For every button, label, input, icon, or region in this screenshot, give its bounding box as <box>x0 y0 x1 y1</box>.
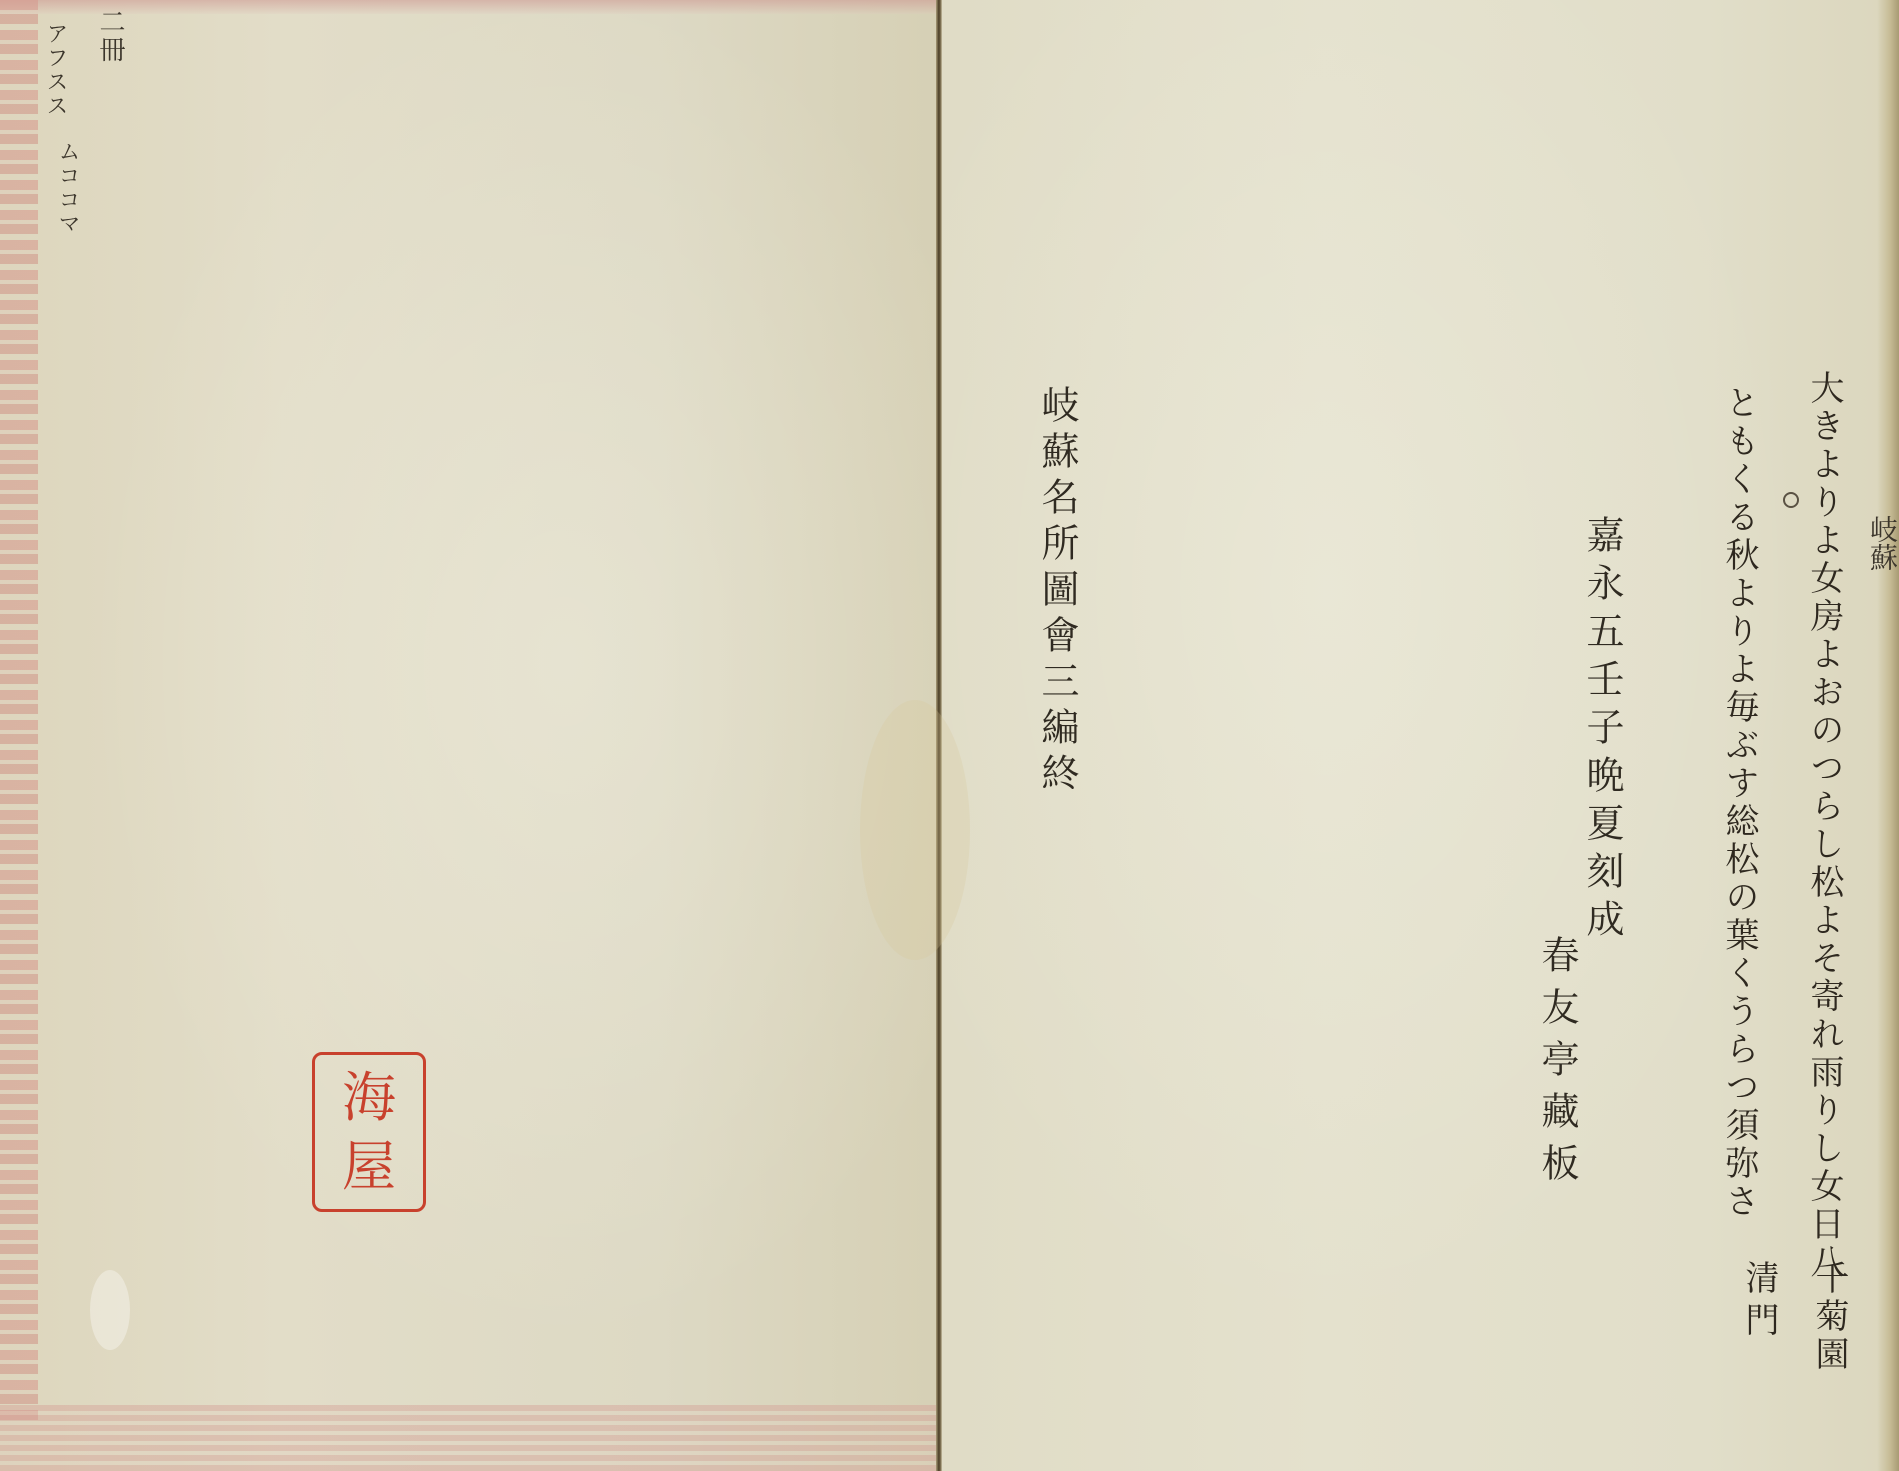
circle-mark-icon <box>1783 492 1799 508</box>
pink-bottom-edge <box>0 1405 936 1471</box>
poem-text: 大きよりよ女房よおのつらし松よそ寄れ雨りし女日八 <box>1800 370 1849 1282</box>
volume-note: 二冊 <box>92 8 129 64</box>
paper-stain <box>860 700 970 960</box>
left-page: 二冊 アフスス ムココマ 海 屋 <box>0 0 940 1471</box>
poet-name: 清門 <box>1735 1260 1784 1344</box>
ownership-seal: 海 屋 <box>312 1052 426 1212</box>
handwritten-katakana-note: ムココマ <box>52 140 83 236</box>
next-page-fragment: 岐蘇 <box>1862 515 1899 571</box>
poem-text: ともくる秋よりよ毎ぶす総松の葉くうらつ須弥さ <box>1715 385 1764 1221</box>
seal-character: 屋 <box>342 1140 396 1194</box>
colophon-date: 嘉永五壬子晩夏刻成 <box>1575 515 1630 947</box>
pink-left-edge <box>0 0 38 1420</box>
end-title: 岐蘇名所圖會三編終 <box>1030 385 1085 799</box>
paper-stain <box>90 1270 130 1350</box>
colophon-publisher: 春友亭藏板 <box>1530 935 1585 1195</box>
pink-top-edge <box>0 0 936 14</box>
handwritten-katakana-note: アフスス <box>40 22 71 118</box>
seal-character: 海 <box>342 1071 396 1125</box>
page-edge <box>1877 0 1899 1471</box>
poet-name: 千菊園 <box>1805 1260 1854 1374</box>
